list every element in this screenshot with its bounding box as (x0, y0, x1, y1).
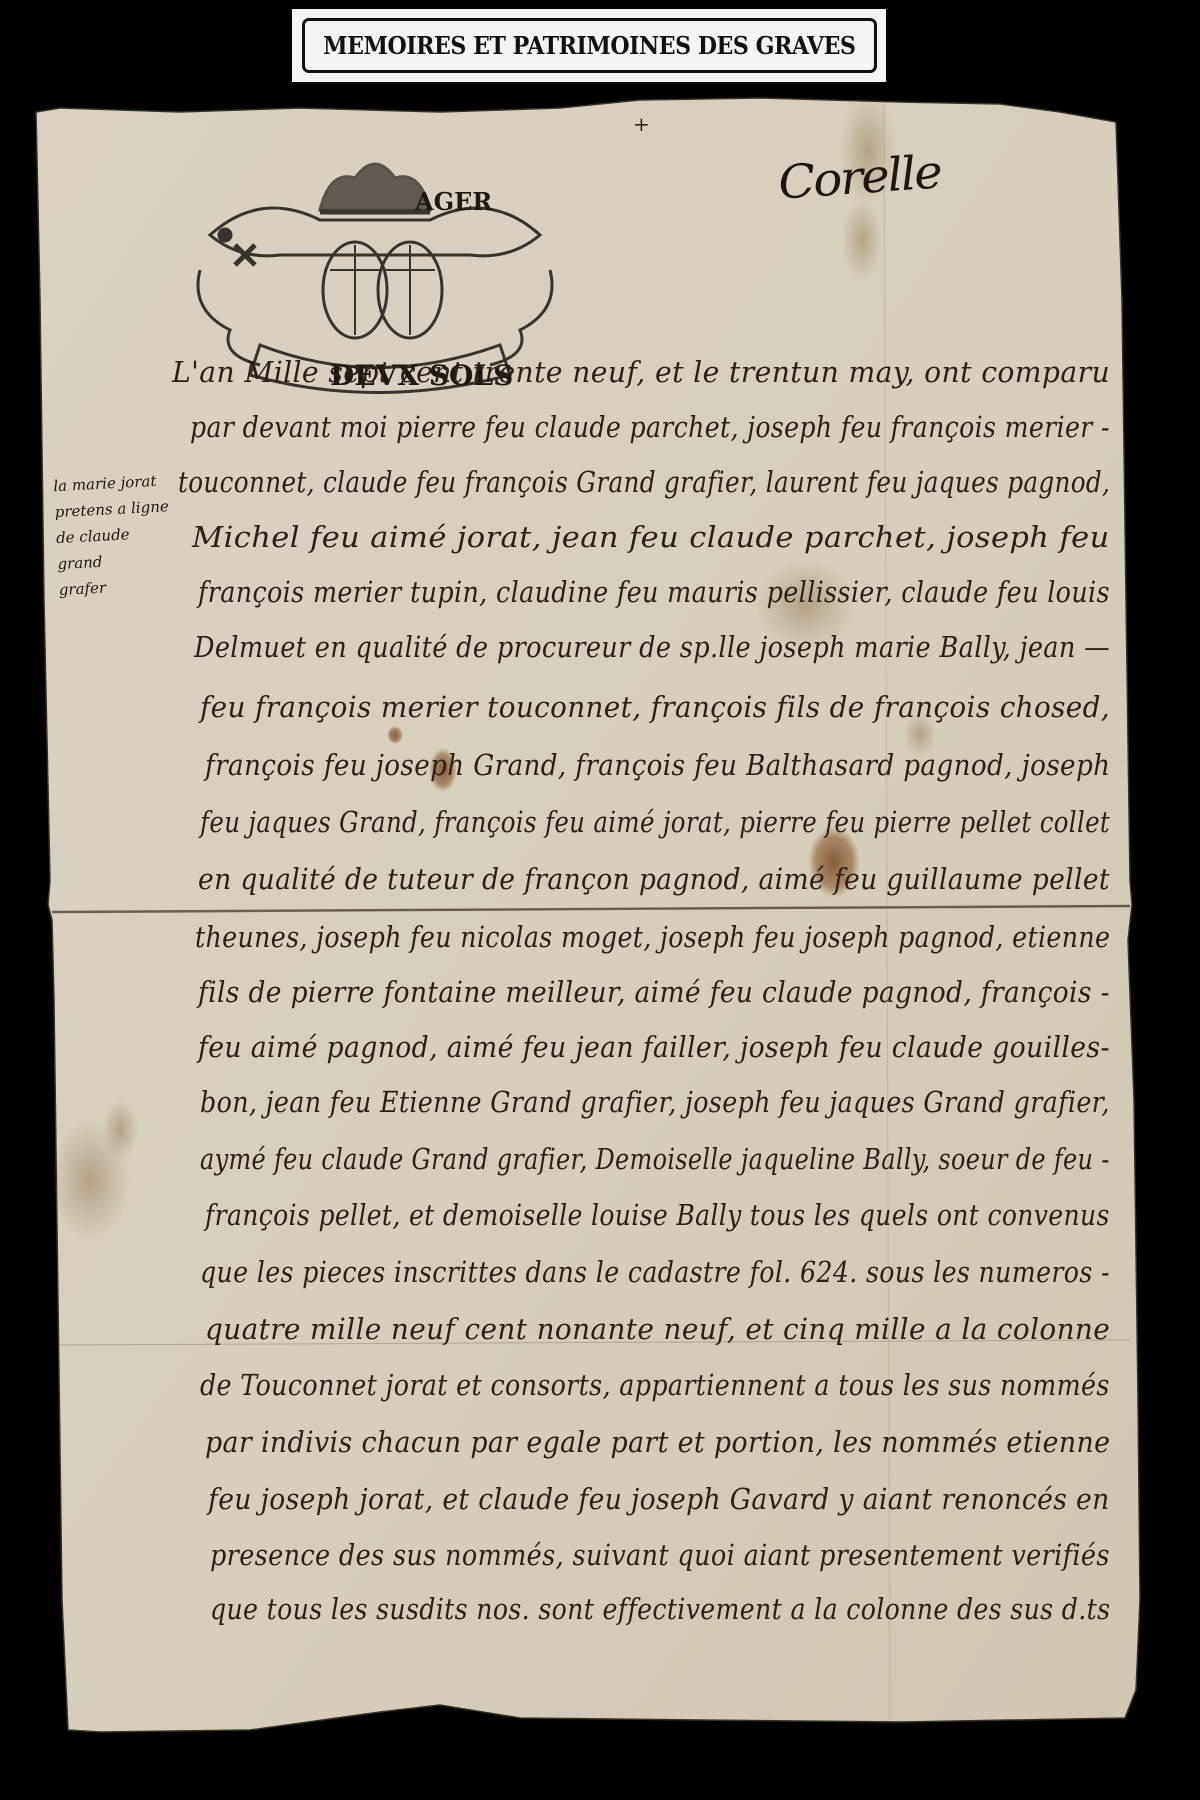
manuscript-line: theunes, joseph feu nicolas moget, josep… (195, 920, 1110, 954)
manuscript-line: aymé feu claude Grand grafier, Demoisell… (200, 1142, 1110, 1176)
margin-note: la marie jorat pretens a ligne de claude… (53, 467, 180, 603)
manuscript-line: L'an Mille sept cent trente neuf, et le … (172, 355, 1110, 389)
manuscript-line: feu françois merier touconnet, françois … (200, 690, 1110, 724)
manuscript-line: de Touconnet jorat et consorts, appartie… (200, 1368, 1110, 1402)
manuscript-line: en qualité de tuteur de françon pagnod, … (198, 862, 1110, 896)
manuscript-line: touconnet, claude feu françois Grand gra… (178, 465, 1110, 499)
manuscript-line: quatre mille neuf cent nonante neuf, et … (205, 1312, 1110, 1346)
cross-mark: + (633, 112, 650, 136)
manuscript-line: fils de pierre fontaine meilleur, aimé f… (198, 975, 1110, 1009)
manuscript-page: AGER DEVX SOLS + Corelle la marie jorat … (0, 0, 1200, 1800)
manuscript-line: françois feu joseph Grand, françois feu … (205, 748, 1110, 782)
manuscript-line: presence des sus nommés, suivant quoi ai… (210, 1538, 1110, 1572)
manuscript-line: par indivis chacun par egale part et por… (205, 1425, 1110, 1459)
manuscript-line: par devant moi pierre feu claude parchet… (190, 410, 1110, 444)
stamp-banner-top: AGER (414, 187, 493, 216)
manuscript-line: françois merier tupin, claudine feu maur… (198, 575, 1110, 609)
manuscript-line: que tous les susdits nos. sont effective… (210, 1592, 1110, 1626)
manuscript-line: feu aimé pagnod, aimé feu jean failler, … (198, 1030, 1110, 1064)
signature-top-right: Corelle (776, 144, 942, 209)
margin-note-line: de claude grand (55, 519, 178, 577)
manuscript-line: feu jaques Grand, françois feu aimé jora… (200, 805, 1110, 839)
manuscript-line: Michel feu aimé jorat, jean feu claude p… (192, 520, 1110, 554)
manuscript-line: feu joseph jorat, et claude feu joseph G… (208, 1482, 1110, 1516)
manuscript-line: françois pellet, et demoiselle louise Ba… (205, 1198, 1110, 1232)
manuscript-line: Delmuet en qualité de procureur de sp.ll… (194, 630, 1110, 664)
manuscript-line: bon, jean feu Etienne Grand grafier, jos… (200, 1085, 1110, 1119)
manuscript-line: que les pieces inscrittes dans le cadast… (200, 1255, 1110, 1289)
